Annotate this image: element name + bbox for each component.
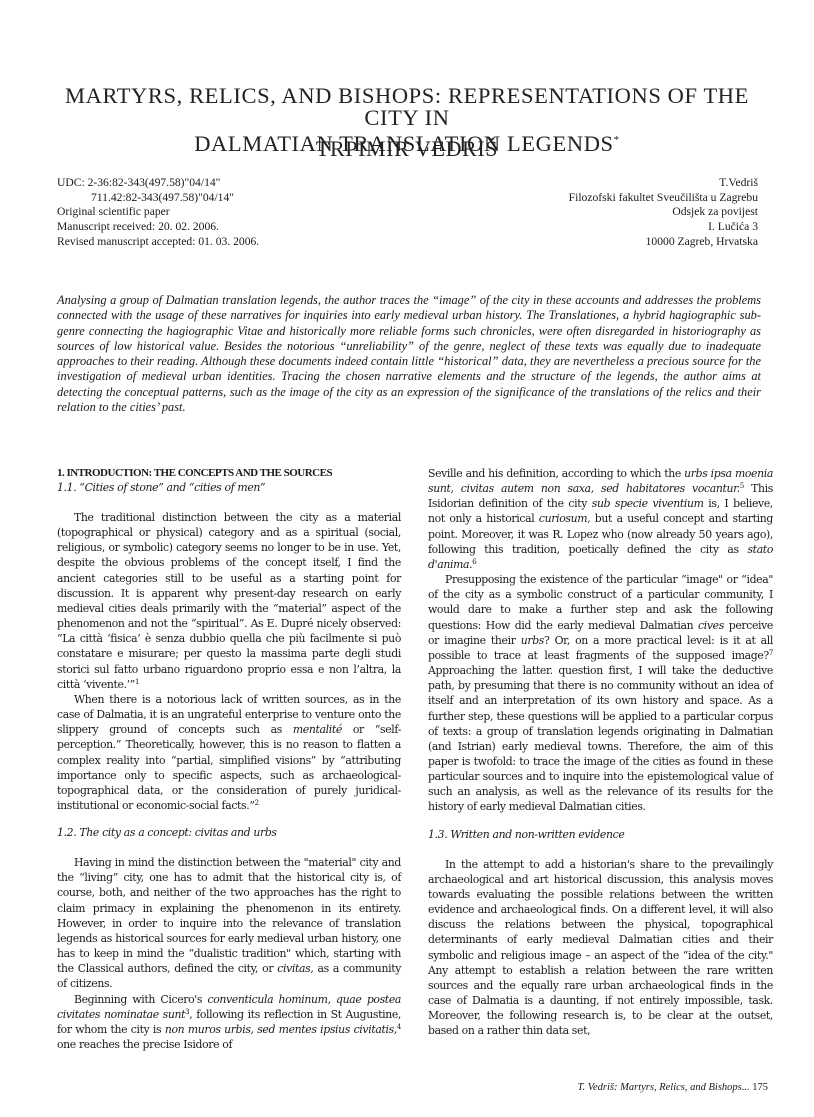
subheading-1-2: 1.2. The city as a concept: civitas and … xyxy=(57,825,401,840)
running-title: T. Vedriš: Martyrs, Relics, and Bishops.… xyxy=(577,1082,749,1093)
subheading-1-1: 1.1. “Cities of stone” and “cities of me… xyxy=(57,480,401,495)
section-heading-1: 1. INTRODUCTION: THE CONCEPTS AND THE SO… xyxy=(57,466,401,480)
paragraph: Having in mind the distinction between t… xyxy=(57,855,401,991)
title-line-1: MARTYRS, RELICS, AND BISHOPS: REPRESENTA… xyxy=(65,83,749,130)
affiliation-city: 10000 Zagreb, Hrvatska xyxy=(569,235,758,250)
body-column-right: Seville and his definition, according to… xyxy=(428,466,773,1038)
author-affiliation: T.Vedriš Filozofski fakultet Sveučilišta… xyxy=(569,176,758,250)
footnote-ref: 6 xyxy=(472,558,476,566)
footnote-ref: 1 xyxy=(135,678,139,686)
footnote-ref: 4 xyxy=(397,1023,401,1031)
footnote-ref: 2 xyxy=(255,799,259,807)
paragraph: Seville and his definition, according to… xyxy=(428,466,773,572)
affiliation-department: Odsjek za povijest xyxy=(569,205,758,220)
paragraph: In the attempt to add a historian's shar… xyxy=(428,857,773,1039)
udc-code-2: 711.42:82-343(497.58)"04/14" xyxy=(57,191,259,206)
subheading-1-3: 1.3. Written and non-written evidence xyxy=(428,827,773,842)
article-metadata: UDC: 2-36:82-343(497.58)"04/14" 711.42:8… xyxy=(57,176,259,250)
paper-type: Original scientific paper xyxy=(57,205,259,220)
page-number: 175 xyxy=(752,1082,768,1093)
footnote-ref: 7 xyxy=(769,649,773,657)
paragraph: When there is a notorious lack of writte… xyxy=(57,692,401,813)
document-page: MARTYRS, RELICS, AND BISHOPS: REPRESENTA… xyxy=(0,0,814,1117)
author-name: TRPIMIR VEDRIŠ xyxy=(0,136,814,162)
affiliation-institution: Filozofski fakultet Sveučilišta u Zagreb… xyxy=(569,191,758,206)
received-date: Manuscript received: 20. 02. 2006. xyxy=(57,220,259,235)
udc-code-1: UDC: 2-36:82-343(497.58)"04/14" xyxy=(57,176,259,191)
paragraph: Beginning with Cicero's conventicula hom… xyxy=(57,992,401,1053)
accepted-date: Revised manuscript accepted: 01. 03. 200… xyxy=(57,235,259,250)
affiliation-street: I. Lučića 3 xyxy=(569,220,758,235)
body-column-left: 1. INTRODUCTION: THE CONCEPTS AND THE SO… xyxy=(57,466,401,1052)
paragraph: The traditional distinction between the … xyxy=(57,510,401,692)
running-footer: T. Vedriš: Martyrs, Relics, and Bishops.… xyxy=(577,1082,768,1093)
affiliation-name: T.Vedriš xyxy=(569,176,758,191)
paragraph: Presupposing the existence of the partic… xyxy=(428,572,773,815)
abstract: Analysing a group of Dalmatian translati… xyxy=(57,293,761,415)
